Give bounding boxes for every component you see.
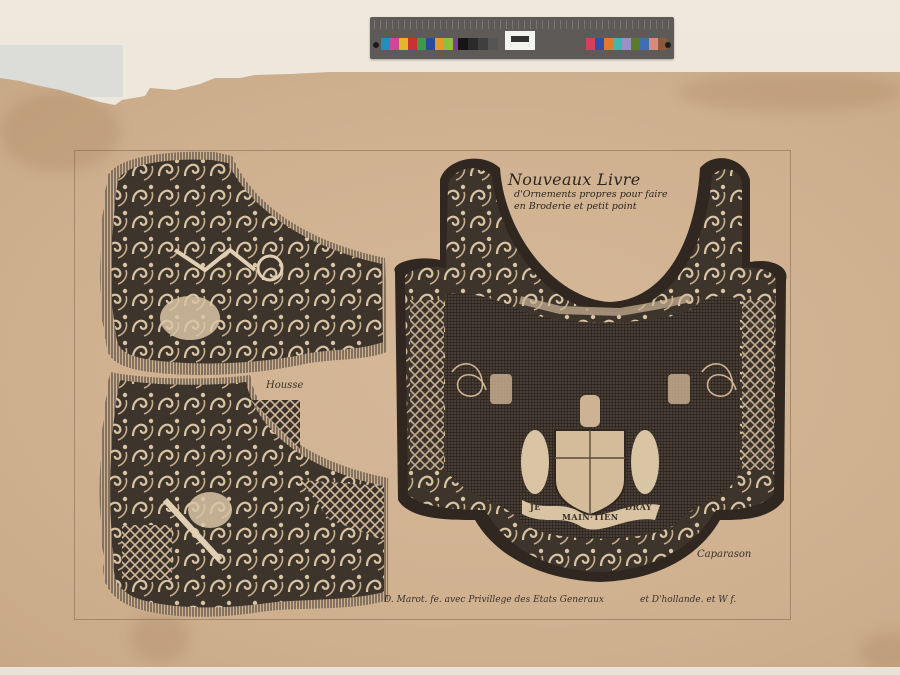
print-title: Nouveaux Livre: [508, 170, 698, 189]
print-subtitle-line1: d'Ornements propres pour faire: [514, 189, 698, 201]
motto-right: DRAY: [625, 502, 652, 512]
motto-center: MAIN·TIEN: [562, 512, 619, 522]
imprint-left: D. Marot. fe. avec Privillege des Etats …: [384, 595, 604, 605]
housse-lower-panel: [100, 372, 388, 617]
print-title-block: Nouveaux Livre d'Ornements propres pour …: [508, 170, 698, 213]
housse-upper-panel: [100, 152, 387, 375]
caption-caparason: Caparason: [697, 549, 751, 560]
print-subtitle-line2: en Broderie et petit point: [514, 201, 698, 213]
motto-left: JE: [530, 502, 541, 512]
imprint-right: et D'hollande. et W f.: [640, 595, 736, 605]
engraving-artwork: [0, 0, 900, 675]
caption-housse: Housse: [266, 380, 303, 391]
